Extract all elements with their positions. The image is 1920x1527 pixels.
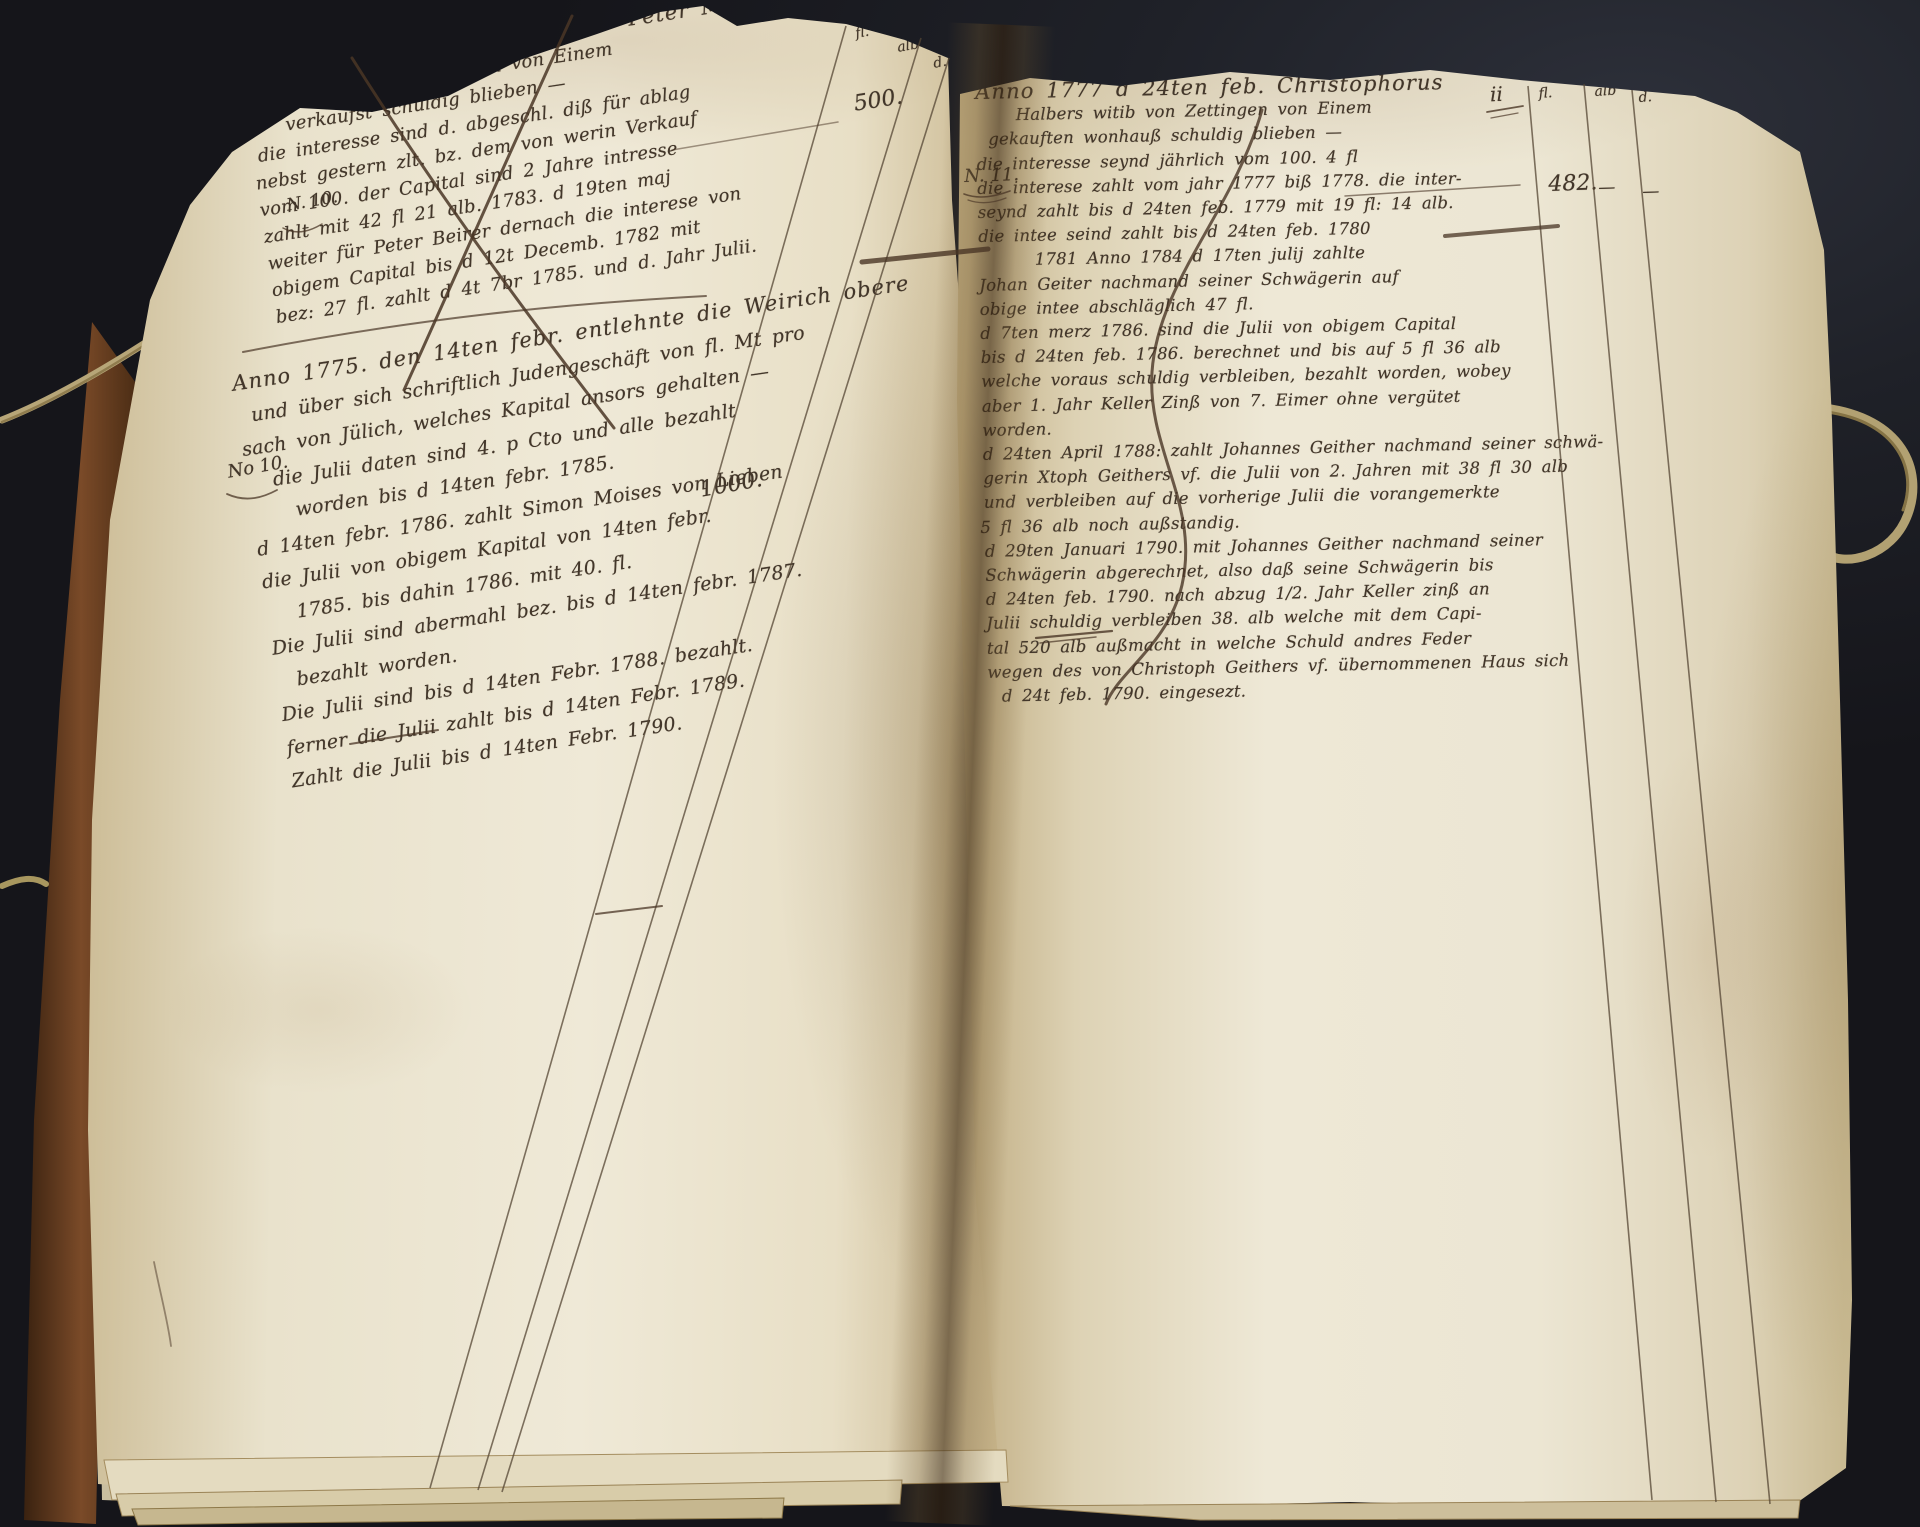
ledger-entry-1775: Anno 1775. den 14ten febr. entlehnte die… [230, 276, 908, 798]
amount-dash: — [1642, 181, 1660, 202]
amount-value: 500. [852, 84, 904, 116]
photo-backdrop: Anno 1776 d 10ten Decemb. — Peter Martin… [0, 0, 1920, 1527]
right-tie-cord-loop-shade [1827, 412, 1908, 510]
page-stack-sheet [132, 1498, 784, 1525]
left-tie-cord-shade [2, 343, 148, 422]
page-stack-sheet [116, 1480, 902, 1516]
right-tie-cord-loop [1824, 408, 1913, 559]
amount-value: 482. [1548, 170, 1598, 197]
amount-dash: — [1598, 177, 1616, 198]
column-header-albus: alb [1594, 82, 1617, 99]
ledger-entry-1776: Anno 1776 d 10ten Decemb. — Peter Martin… [238, 0, 832, 331]
column-header-florin: fl. [1538, 85, 1553, 102]
left-tie-cord [2, 340, 150, 420]
column-header-denar: d. [1638, 89, 1653, 106]
column-header-florin: fl. [854, 24, 870, 42]
left-tie-cord-lower [2, 879, 46, 886]
ledger-entry-1777: Anno 1777 d 24ten feb. Christophorus Hal… [975, 67, 1588, 709]
column-header-albus: alb [896, 36, 920, 56]
